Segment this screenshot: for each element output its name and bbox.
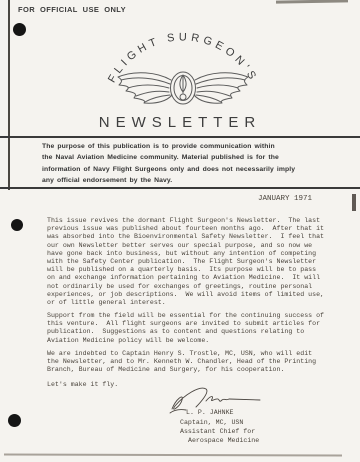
body-paragraph: This issue revives the dormant Flight Su… bbox=[47, 217, 324, 307]
body-paragraph: Support from the field will be essential… bbox=[47, 312, 324, 345]
scan-edge-line bbox=[8, 0, 10, 190]
scan-edge-mark bbox=[352, 194, 356, 211]
signature-rank: Captain, MC, USN bbox=[180, 419, 243, 426]
hole-punch-icon bbox=[13, 23, 26, 36]
signature-title: Assistant Chief for bbox=[180, 428, 255, 435]
hole-punch-icon bbox=[11, 219, 23, 231]
scan-smudge bbox=[276, 0, 348, 3]
scanned-newsletter-page: FOR OFFICIAL USE ONLY FLIGHT SURGEON'S bbox=[0, 0, 360, 462]
purpose-statement: The purpose of this publication is to pr… bbox=[42, 141, 334, 186]
masthead: FLIGHT SURGEON'S bbox=[95, 22, 275, 114]
body-paragraph: Let's make it fly. bbox=[47, 381, 118, 389]
classification-label: FOR OFFICIAL USE ONLY bbox=[18, 5, 126, 14]
purpose-box-bottom-rule bbox=[0, 187, 360, 189]
purpose-box-top-rule bbox=[0, 136, 360, 138]
page-bottom-edge bbox=[4, 454, 342, 456]
body-paragraph: We are indebted to Captain Henry S. Tros… bbox=[47, 350, 316, 375]
flight-surgeon-wings-icon bbox=[118, 72, 248, 104]
issue-date: JANUARY 1971 bbox=[258, 195, 312, 203]
signature-name: L. P. JAHNKE bbox=[186, 409, 233, 416]
hole-punch-icon bbox=[8, 414, 21, 427]
signature-title: Aerospace Medicine bbox=[188, 437, 259, 444]
newsletter-title: NEWSLETTER bbox=[0, 114, 360, 131]
